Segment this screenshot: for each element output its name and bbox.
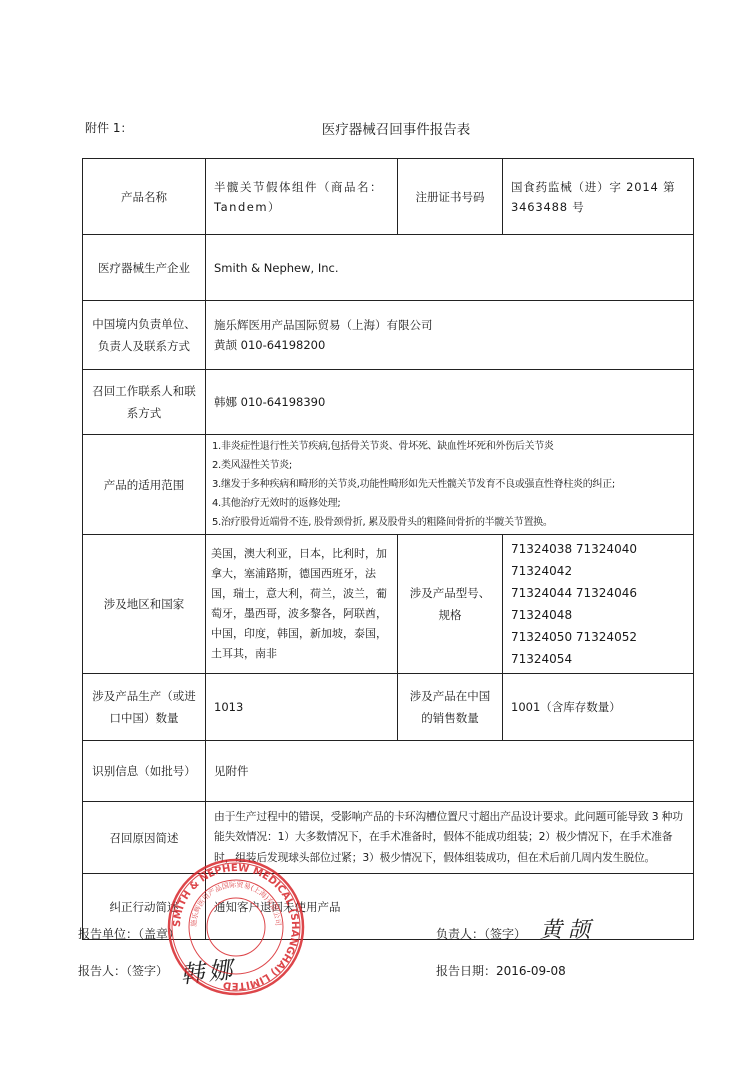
- china-responsible-label: 中国境内负责单位、负责人及联系方式: [83, 301, 206, 370]
- models-label: 涉及产品型号、规格: [398, 535, 503, 674]
- product-name-value: 半髋关节假体组件（商品名：Tandem）: [206, 159, 398, 235]
- responsible-signature: 黄颉: [540, 913, 596, 944]
- reporter-signature: 韩娜: [178, 949, 237, 990]
- page-title: 医疗器械召回事件报告表: [0, 118, 750, 138]
- table-row: 召回原因简述 由于生产过程中的错误，受影响产品的卡环沟槽位置尺寸超出产品设计要求…: [83, 802, 694, 874]
- report-date-value: 2016-09-08: [496, 964, 566, 978]
- table-row: 识别信息（如批号） 见附件: [83, 741, 694, 802]
- manufacturer-label: 医疗器械生产企业: [83, 235, 206, 301]
- model-line: 71324044 71324046 71324048: [511, 582, 685, 626]
- scope-item: 5.治疗股骨近端骨不连, 股骨颈骨折, 累及股骨头的粗隆间骨折的半髋关节置换。: [212, 513, 687, 532]
- table-row: 产品的适用范围 1.非炎症性退行性关节疾病,包括骨关节炎、骨坏死、缺血性坏死和外…: [83, 435, 694, 535]
- scope-item: 1.非炎症性退行性关节疾病,包括骨关节炎、骨坏死、缺血性坏死和外伤后关节炎: [212, 437, 687, 456]
- recall-contact-label: 召回工作联系人和联系方式: [83, 370, 206, 435]
- regions-value: 美国，澳大利亚，日本，比利时，加拿大，塞浦路斯，德国西班牙，法国，瑞士，意大利，…: [206, 535, 398, 674]
- model-line: 71324050 71324052 71324054: [511, 626, 685, 670]
- china-responsible-value: 施乐辉医用产品国际贸易（上海）有限公司 黄颉 010-64198200: [206, 301, 694, 370]
- scope-label: 产品的适用范围: [83, 435, 206, 535]
- recall-contact-value: 韩娜 010-64198390: [206, 370, 694, 435]
- table-row: 产品名称 半髋关节假体组件（商品名：Tandem） 注册证书号码 国食药监械（进…: [83, 159, 694, 235]
- product-name-label: 产品名称: [83, 159, 206, 235]
- identification-value: 见附件: [206, 741, 694, 802]
- recall-reason-value: 由于生产过程中的错误，受影响产品的卡环沟槽位置尺寸超出产品设计要求。此问题可能导…: [206, 802, 694, 874]
- production-qty-value: 1013: [206, 674, 398, 741]
- scope-item: 2.类风湿性关节炎;: [212, 456, 687, 475]
- models-value: 71324038 71324040 71324042 71324044 7132…: [503, 535, 694, 674]
- reporting-unit-label: 报告单位：（盖章）: [78, 925, 180, 942]
- china-sales-qty-value: 1001（含库存数量）: [503, 674, 694, 741]
- reporter-label: 报告人：（签字）: [78, 962, 168, 979]
- china-responsible-company: 施乐辉医用产品国际贸易（上海）有限公司: [214, 315, 685, 335]
- scope-value: 1.非炎症性退行性关节疾病,包括骨关节炎、骨坏死、缺血性坏死和外伤后关节炎 2.…: [206, 435, 694, 535]
- production-qty-label: 涉及产品生产（或进口中国）数量: [83, 674, 206, 741]
- report-date-row: 报告日期：2016-09-08: [436, 962, 566, 979]
- recall-report-table: 产品名称 半髋关节假体组件（商品名：Tandem） 注册证书号码 国食药监械（进…: [82, 158, 694, 940]
- table-row: 涉及地区和国家 美国，澳大利亚，日本，比利时，加拿大，塞浦路斯，德国西班牙，法国…: [83, 535, 694, 674]
- manufacturer-value: Smith & Nephew, Inc.: [206, 235, 694, 301]
- registration-value: 国食药监械（进）字 2014 第 3463488 号: [503, 159, 694, 235]
- registration-label: 注册证书号码: [398, 159, 503, 235]
- china-responsible-contact: 黄颉 010-64198200: [214, 335, 685, 355]
- recall-reason-label: 召回原因简述: [83, 802, 206, 874]
- china-sales-qty-label: 涉及产品在中国的销售数量: [398, 674, 503, 741]
- table-row: 涉及产品生产（或进口中国）数量 1013 涉及产品在中国的销售数量 1001（含…: [83, 674, 694, 741]
- identification-label: 识别信息（如批号）: [83, 741, 206, 802]
- table-row: 医疗器械生产企业 Smith & Nephew, Inc.: [83, 235, 694, 301]
- scope-item: 4.其他治疗无效时的返修处理;: [212, 494, 687, 513]
- report-date-label: 报告日期：: [436, 964, 496, 978]
- scope-item: 3.继发于多种疾病和畸形的关节炎,功能性畸形如先天性髋关节发育不良或强直性脊柱炎…: [212, 475, 687, 494]
- responsible-label: 负责人：（签字）: [436, 925, 526, 942]
- table-row: 中国境内负责单位、负责人及联系方式 施乐辉医用产品国际贸易（上海）有限公司 黄颉…: [83, 301, 694, 370]
- table-row: 召回工作联系人和联系方式 韩娜 010-64198390: [83, 370, 694, 435]
- model-line: 71324038 71324040 71324042: [511, 538, 685, 582]
- regions-label: 涉及地区和国家: [83, 535, 206, 674]
